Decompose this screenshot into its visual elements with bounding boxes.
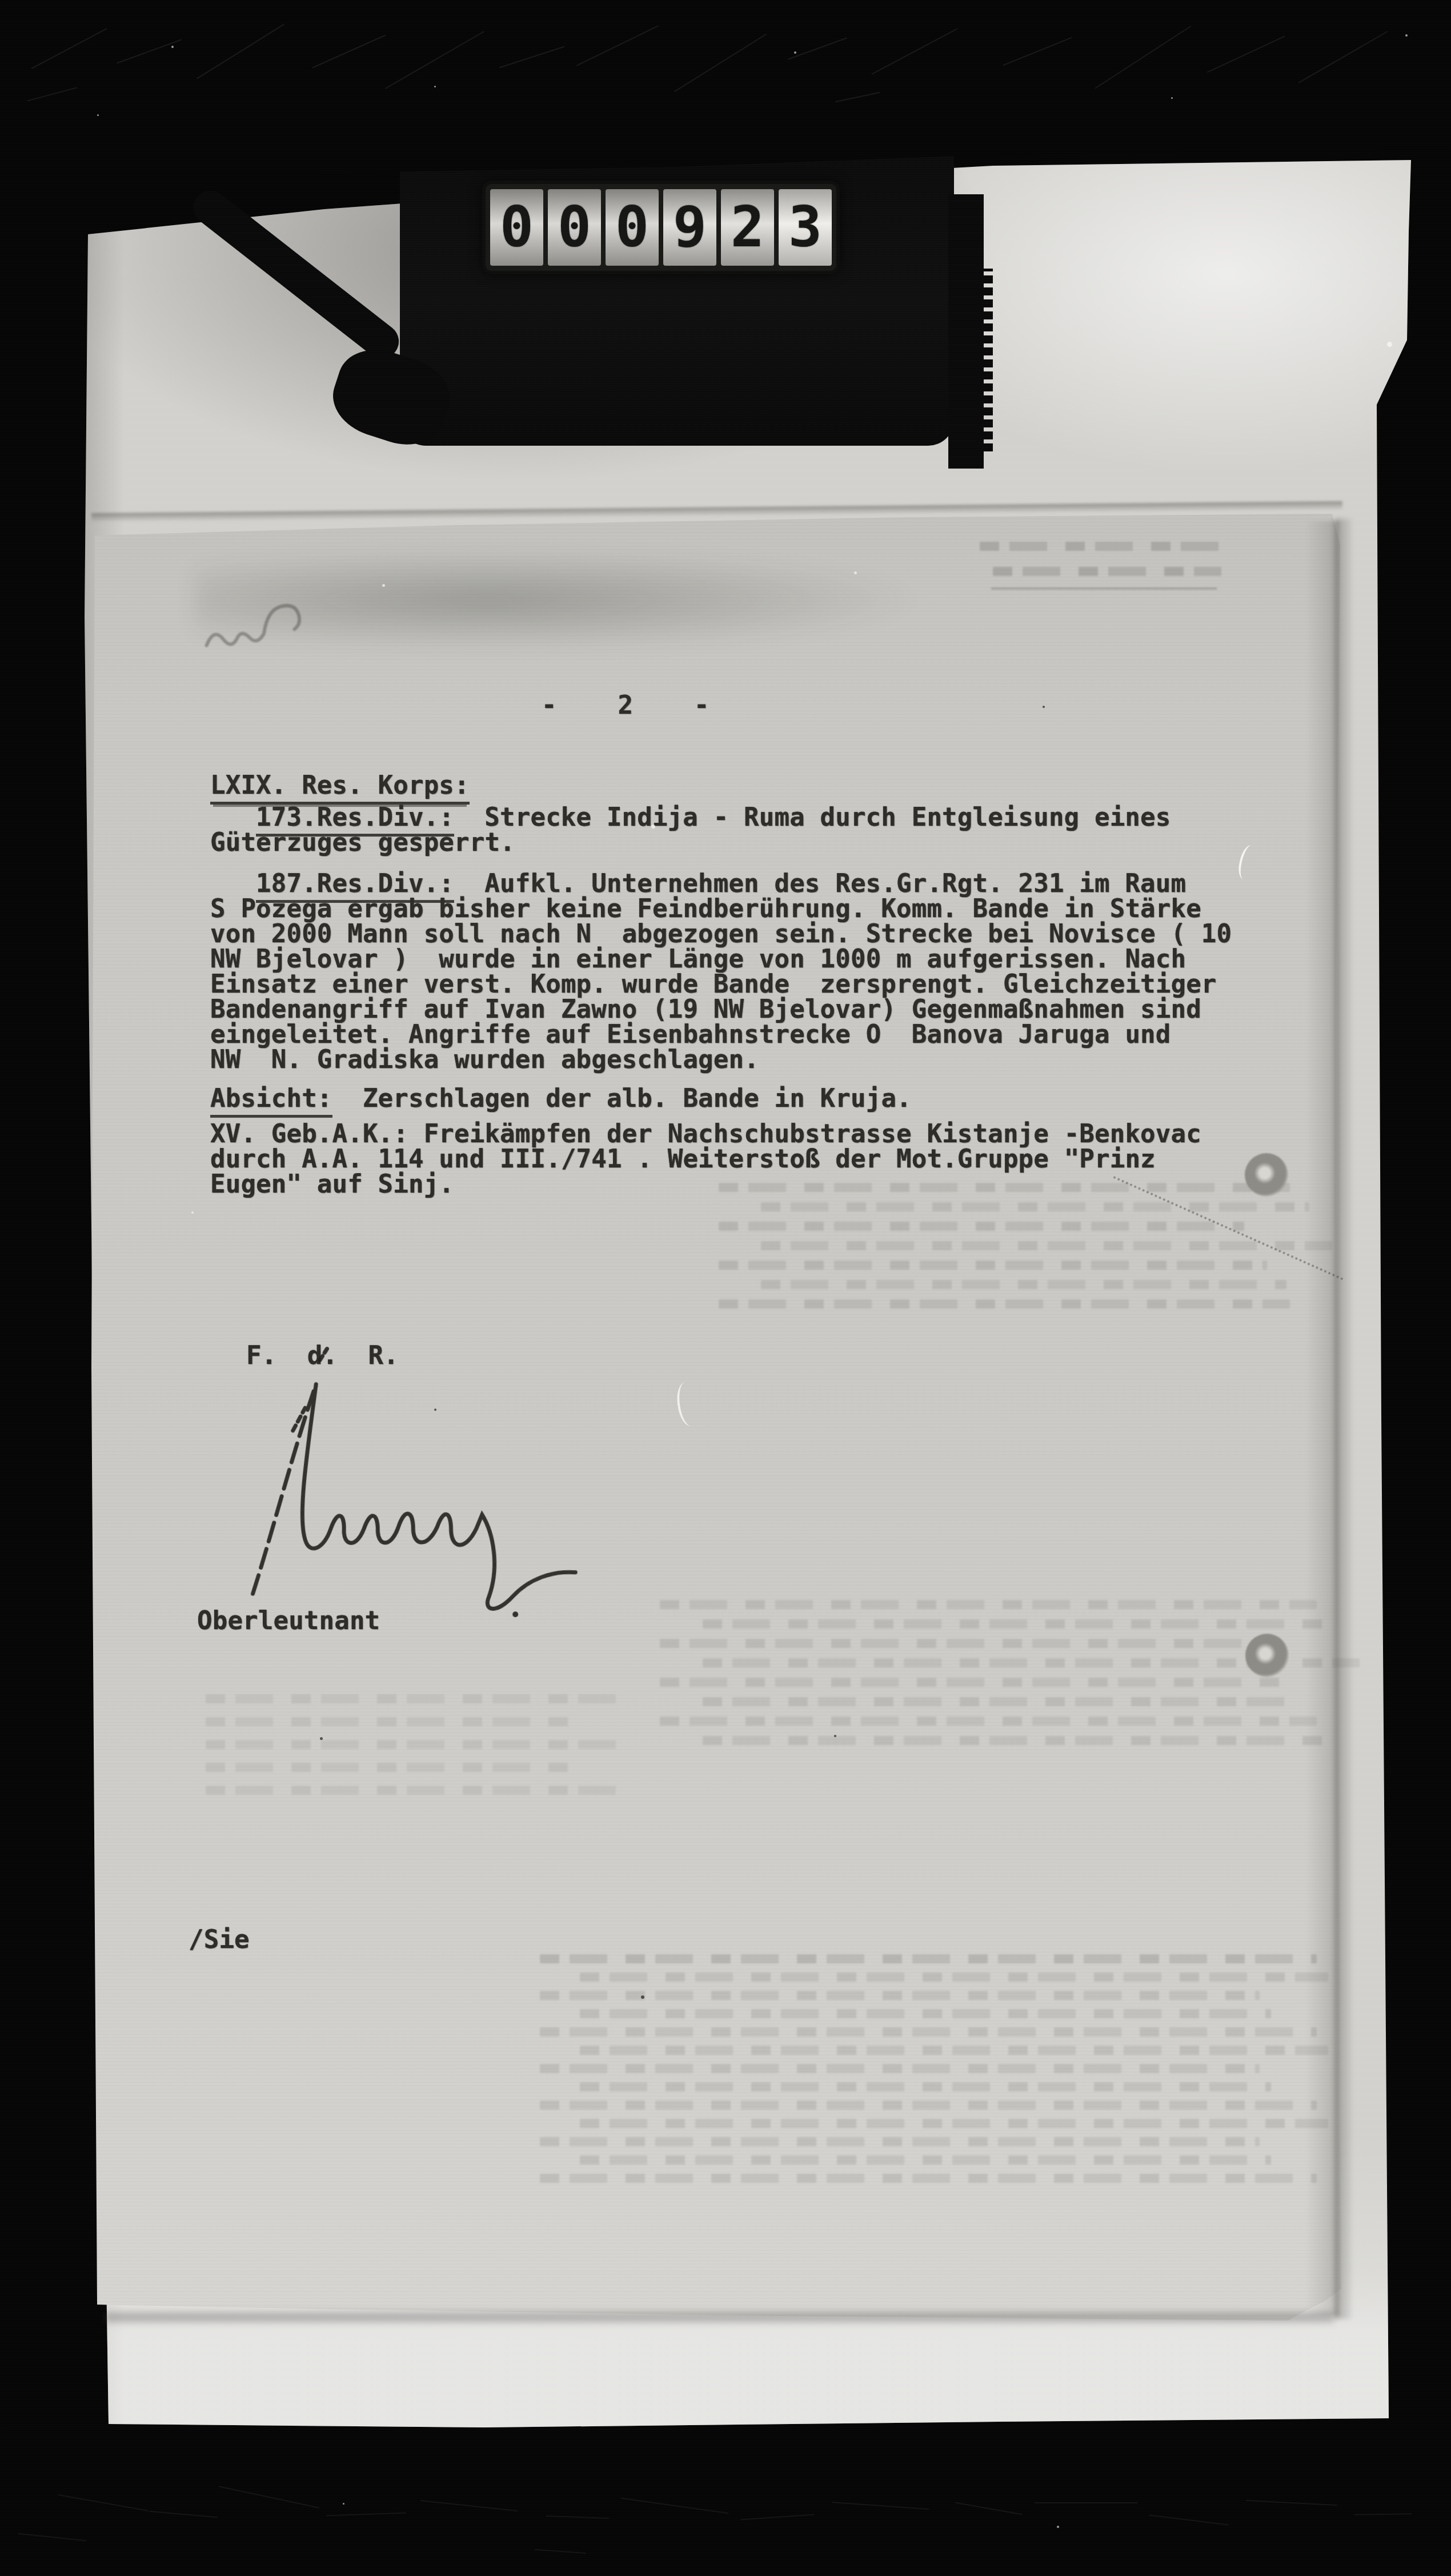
ghost-text-line: [540, 1991, 1260, 2000]
film-bottom-band: [0, 2423, 1451, 2576]
counter-digit: 0: [490, 189, 543, 266]
dust-speck-white: [171, 46, 174, 48]
ghost-text-line: [580, 1973, 1328, 1982]
ghost-text-line: [580, 2009, 1271, 2018]
dust-speck-white: [794, 51, 796, 54]
document-line: von 2000 Mann soll nach N abgezogen sein…: [210, 921, 1232, 947]
ghost-text-line: [580, 2119, 1328, 2128]
ghost-text-line: [993, 567, 1221, 576]
ghost-text-line: [660, 1678, 1282, 1687]
page-number: - 2 -: [542, 693, 710, 719]
typist-mark: /Sie: [189, 1927, 250, 1953]
ghost-text-line: [540, 2101, 1317, 2110]
dust-speck-dark: [834, 1735, 836, 1737]
sheet-right-drop-shadow: [1334, 519, 1352, 2319]
ghost-text-line: [703, 1619, 1325, 1629]
underlined-label: Absicht:: [210, 1084, 332, 1118]
document-line: Absicht: Zerschlagen der alb. Bande in K…: [210, 1086, 912, 1112]
document-line: Eugen" auf Sinj.: [210, 1171, 454, 1198]
document-line: XV. Geb.A.K.: Freikämpfen der Nachschubs…: [210, 1121, 1201, 1147]
ghost-text-line: [660, 1717, 1317, 1726]
ghost-text-line: [540, 2064, 1260, 2073]
dust-speck-white: [1387, 342, 1392, 347]
document-line: NW Bjelovar ) wurde in einer Länge von 1…: [210, 946, 1186, 973]
ghost-text-line: [206, 1717, 571, 1726]
counter-digit: 9: [663, 189, 716, 266]
dust-speck-white: [434, 86, 436, 87]
counter-digit: 2: [721, 189, 774, 266]
document-line: LXIX. Res. Korps:: [210, 773, 470, 799]
ghost-text-line: [719, 1261, 1267, 1270]
ghost-underline: [991, 587, 1217, 590]
document-line: Güterzuges gesperrt.: [210, 830, 515, 856]
dust-speck-white: [1171, 97, 1173, 99]
dust-speck-dark: [434, 1409, 436, 1411]
ghost-text-line: [206, 1694, 617, 1703]
microfilm-frame: - 2 - LXIX. Res. Korps:173.Res.Div.: Str…: [0, 0, 1451, 2576]
dust-speck-white: [382, 584, 385, 587]
dust-speck-dark: [1043, 706, 1045, 708]
ghost-text-line: [206, 1763, 571, 1772]
ghost-text-line: [660, 1600, 1317, 1609]
signature-scrawl: [201, 1318, 610, 1653]
counter-digit: 0: [606, 189, 659, 266]
rank-line: Oberleutnant: [197, 1608, 380, 1634]
ghost-text-line: [540, 1954, 1317, 1963]
ghost-text-line: [206, 1740, 617, 1749]
ghost-text-line: [540, 2027, 1317, 2037]
film-scratch-streak: [1035, 2502, 1137, 2503]
ghost-text-line: [719, 1183, 1290, 1192]
document-line: 173.Res.Div.: Strecke Indija - Ruma durc…: [256, 805, 1171, 831]
dust-speck-white: [191, 1211, 194, 1214]
document-line: NW N. Gradiska wurden abgeschlagen.: [210, 1047, 759, 1073]
ghost-text-line: [540, 2174, 1317, 2183]
underlined-label: LXIX. Res. Korps:: [210, 771, 470, 805]
counter-shadow: [194, 549, 925, 651]
ghost-text-line: [580, 2046, 1328, 2055]
document-line: S Pozega ergab bisher keine Feindberühru…: [210, 896, 1201, 922]
dust-speck-white: [1057, 2526, 1059, 2528]
ghost-text-line: [719, 1299, 1290, 1309]
film-top-band: [0, 0, 1451, 190]
ghost-text-line: [761, 1280, 1286, 1289]
dust-speck-dark: [320, 1737, 323, 1740]
dust-speck-white: [1405, 34, 1408, 37]
document-line: Bandenangriff auf Ivan Zawno (19 NW Bjel…: [210, 997, 1201, 1023]
counter-stem: [948, 194, 984, 469]
dust-speck-dark: [641, 1995, 644, 1999]
dust-speck-white: [854, 571, 857, 574]
ghost-text-line: [761, 1241, 1332, 1250]
counter-digit: 3: [779, 189, 832, 266]
ghost-text-line: [703, 1697, 1291, 1706]
ghost-text-line: [980, 542, 1220, 551]
ghost-text-line: [580, 2155, 1271, 2165]
ghost-text-line: [580, 2082, 1271, 2091]
document-line: durch A.A. 114 und III./741 . Weiterstoß…: [210, 1146, 1156, 1173]
ghost-text-line: [540, 2137, 1260, 2146]
counter-digit: 0: [548, 189, 601, 266]
dust-speck-white: [343, 2503, 344, 2505]
document-line: 187.Res.Div.: Aufkl. Unternehmen des Res…: [256, 871, 1186, 897]
dust-speck-white: [97, 114, 99, 116]
sheet-bottom-drop-shadow: [106, 2312, 1334, 2322]
counter-arm: [187, 183, 406, 365]
ghost-text-line: [761, 1202, 1309, 1211]
ghost-text-line: [206, 1786, 617, 1795]
fastener-hole-bottom: [1245, 1634, 1289, 1677]
fastener-hole-top: [1245, 1153, 1288, 1197]
counter-digit-window: 000923: [486, 184, 836, 271]
ghost-text-line: [660, 1639, 1248, 1648]
document-line: eingeleitet. Angriffe auf Eisenbahnstrec…: [210, 1022, 1171, 1048]
dust-speck-white: [651, 825, 655, 829]
document-line: Einsatz einer verst. Komp. wurde Bande z…: [210, 971, 1217, 998]
ghost-text-line: [703, 1736, 1325, 1745]
ghost-text-line: [719, 1222, 1244, 1231]
counter-stem-ratchet: [984, 269, 993, 451]
